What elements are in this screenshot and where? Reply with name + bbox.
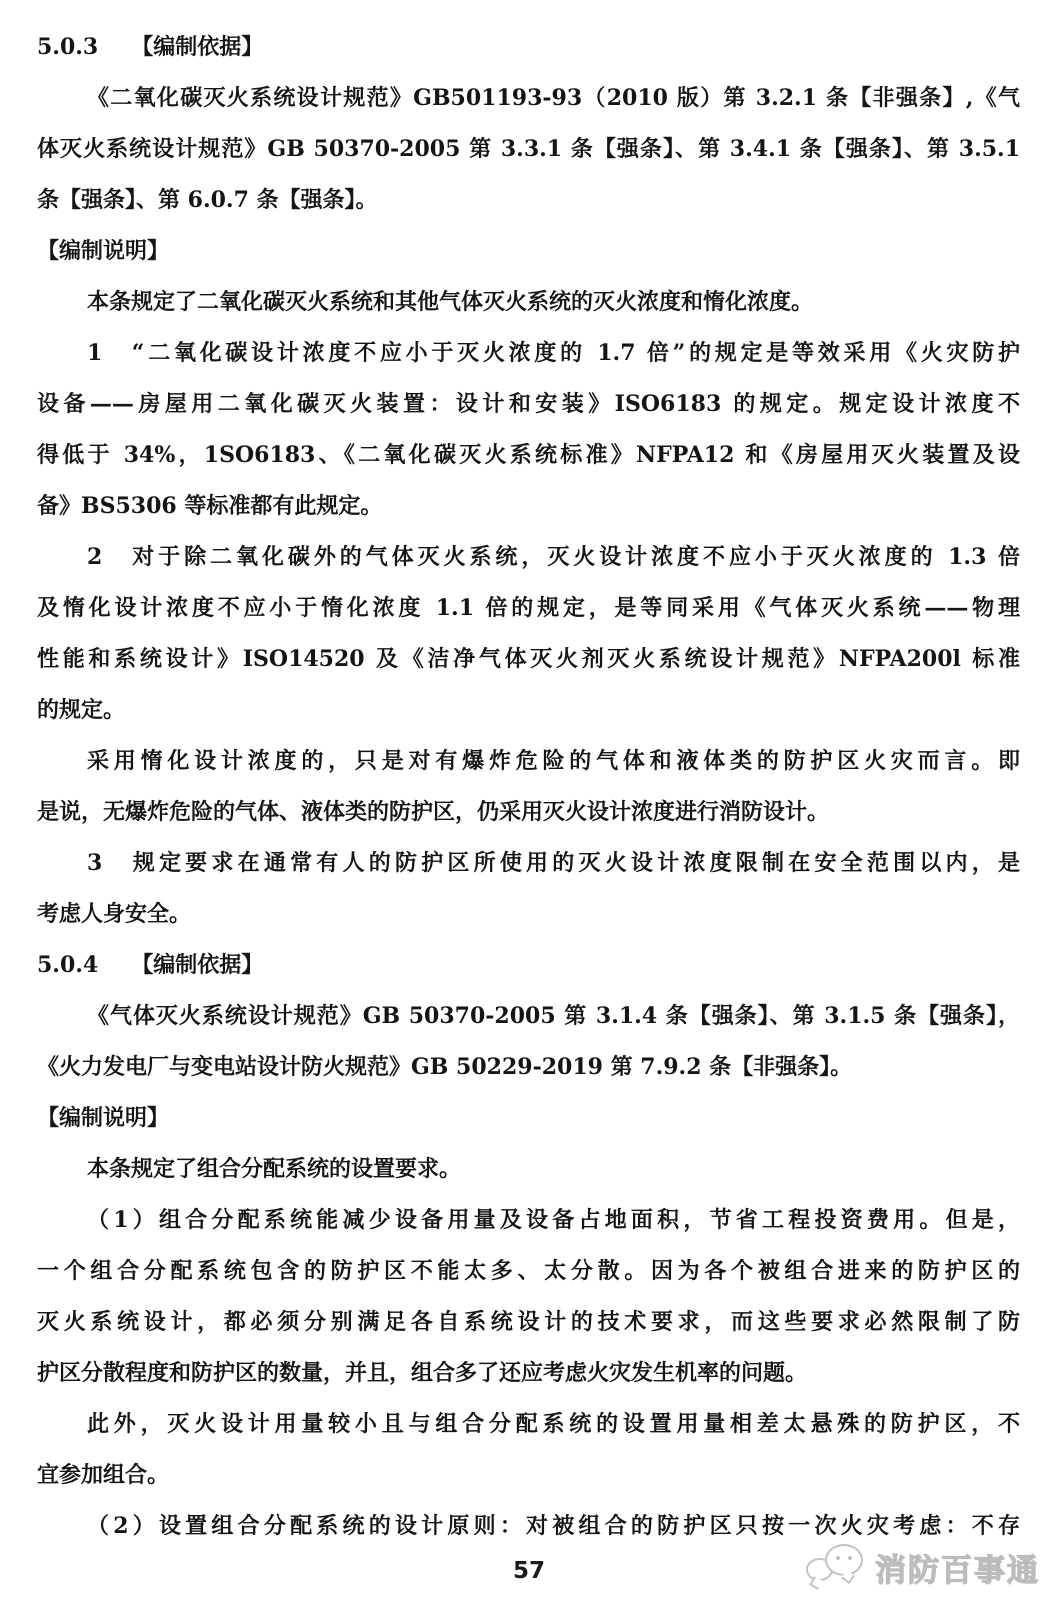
text-line: 采用惰化设计浓度的，只是对有爆炸危险的气体和液体类的防护区火灾而言。即: [37, 736, 1020, 787]
document-lines: 5.0.3 【编制依据】《二氧化碳灭火系统设计规范》GB501193-93（20…: [37, 22, 1020, 1552]
text-line: 得低于 34%，1SO6183、《二氧化碳灭火系统标准》NFPA12 和《房屋用…: [37, 430, 1020, 481]
watermark: 消防百事通: [805, 1540, 1040, 1594]
text-line: 设备——房屋用二氧化碳灭火装置：设计和安装》ISO6183 的规定。规定设计浓度…: [37, 379, 1020, 430]
text-line: 《二氧化碳灭火系统设计规范》GB501193-93（2010 版）第 3.2.1…: [37, 73, 1020, 124]
text-line: 3 规定要求在通常有人的防护区所使用的灭火设计浓度限制在安全范围以内，是: [37, 838, 1020, 889]
text-line: 性能和系统设计》ISO14520 及《洁净气体灭火剂灭火系统设计规范》NFPA2…: [37, 634, 1020, 685]
text-line: 《火力发电厂与变电站设计防火规范》GB 50229-2019 第 7.9.2 条…: [37, 1042, 1020, 1093]
text-line: 是说，无爆炸危险的气体、液体类的防护区，仍采用灭火设计浓度进行消防设计。: [37, 787, 1020, 838]
chat-bubbles-icon: [805, 1540, 867, 1594]
text-line: 5.0.4 【编制依据】: [37, 940, 1020, 991]
text-line: 体灭火系统设计规范》GB 50370-2005 第 3.3.1 条【强条】、第 …: [37, 124, 1020, 175]
text-line: （1）组合分配系统能减少设备用量及设备占地面积，节省工程投资费用。但是，: [37, 1195, 1020, 1246]
text-line: 一个组合分配系统包含的防护区不能太多、太分散。因为各个被组合进来的防护区的: [37, 1246, 1020, 1297]
text-line: 灭火系统设计，都必须分别满足各自系统设计的技术要求，而这些要求必然限制了防: [37, 1297, 1020, 1348]
text-line: 本条规定了二氧化碳灭火系统和其他气体灭火系统的灭火浓度和惰化浓度。: [37, 277, 1020, 328]
text-line: 2 对于除二氧化碳外的气体灭火系统，灭火设计浓度不应小于灭火浓度的 1.3 倍: [37, 532, 1020, 583]
text-line: 1 “二氧化碳设计浓度不应小于灭火浓度的 1.7 倍”的规定是等效采用《火灾防护: [37, 328, 1020, 379]
text-line: 宜参加组合。: [37, 1450, 1020, 1501]
text-line: 此外，灭火设计用量较小且与组合分配系统的设置用量相差太悬殊的防护区，不: [37, 1399, 1020, 1450]
text-line: 备》BS5306 等标准都有此规定。: [37, 481, 1020, 532]
watermark-text: 消防百事通: [875, 1545, 1040, 1590]
text-line: 本条规定了组合分配系统的设置要求。: [37, 1144, 1020, 1195]
text-line: 《气体灭火系统设计规范》GB 50370-2005 第 3.1.4 条【强条】、…: [37, 991, 1020, 1042]
text-line: 及惰化设计浓度不应小于惰化浓度 1.1 倍的规定，是等同采用《气体灭火系统——物…: [37, 583, 1020, 634]
text-line: 【编制说明】: [37, 1093, 1020, 1144]
text-line: 条【强条】、第 6.0.7 条【强条】。: [37, 175, 1020, 226]
text-line: 考虑人身安全。: [37, 889, 1020, 940]
text-line: 护区分散程度和防护区的数量，并且，组合多了还应考虑火灾发生机率的问题。: [37, 1348, 1020, 1399]
text-line: 的规定。: [37, 685, 1020, 736]
document-page: 5.0.3 【编制依据】《二氧化碳灭火系统设计规范》GB501193-93（20…: [0, 0, 1058, 1600]
text-line: 【编制说明】: [37, 226, 1020, 277]
text-line: 5.0.3 【编制依据】: [37, 22, 1020, 73]
